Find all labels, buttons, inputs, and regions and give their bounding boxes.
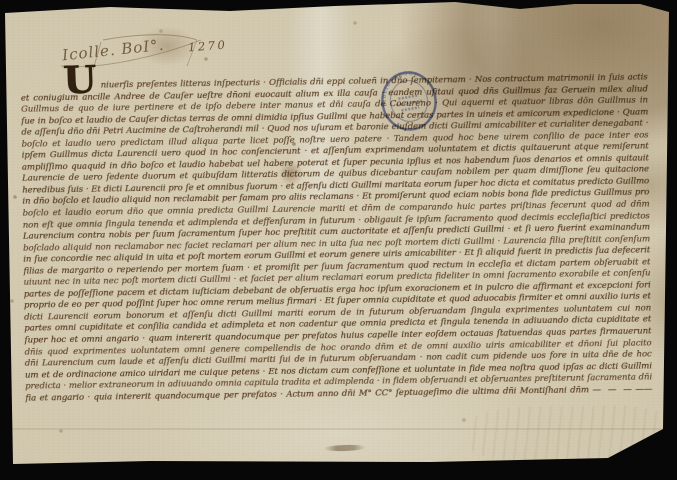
library-stamp-icon: BIBLIOTHEQUE bbox=[374, 65, 444, 136]
manuscript-photo: Icolle. BoI°. 1270 U niuerſis preſentes … bbox=[0, 0, 677, 480]
stain-spot bbox=[279, 160, 303, 186]
parchment-sheet: Icolle. BoI°. 1270 U niuerſis preſentes … bbox=[0, 0, 677, 480]
crease-wrinkles bbox=[468, 404, 669, 461]
ink-smudge-bottom bbox=[324, 444, 366, 451]
date-annotation: 1270 bbox=[188, 38, 228, 55]
manuscript-text: niuerſis preſentes litteras inſpecturis … bbox=[21, 72, 653, 405]
parchment-specks bbox=[0, 0, 2, 2]
